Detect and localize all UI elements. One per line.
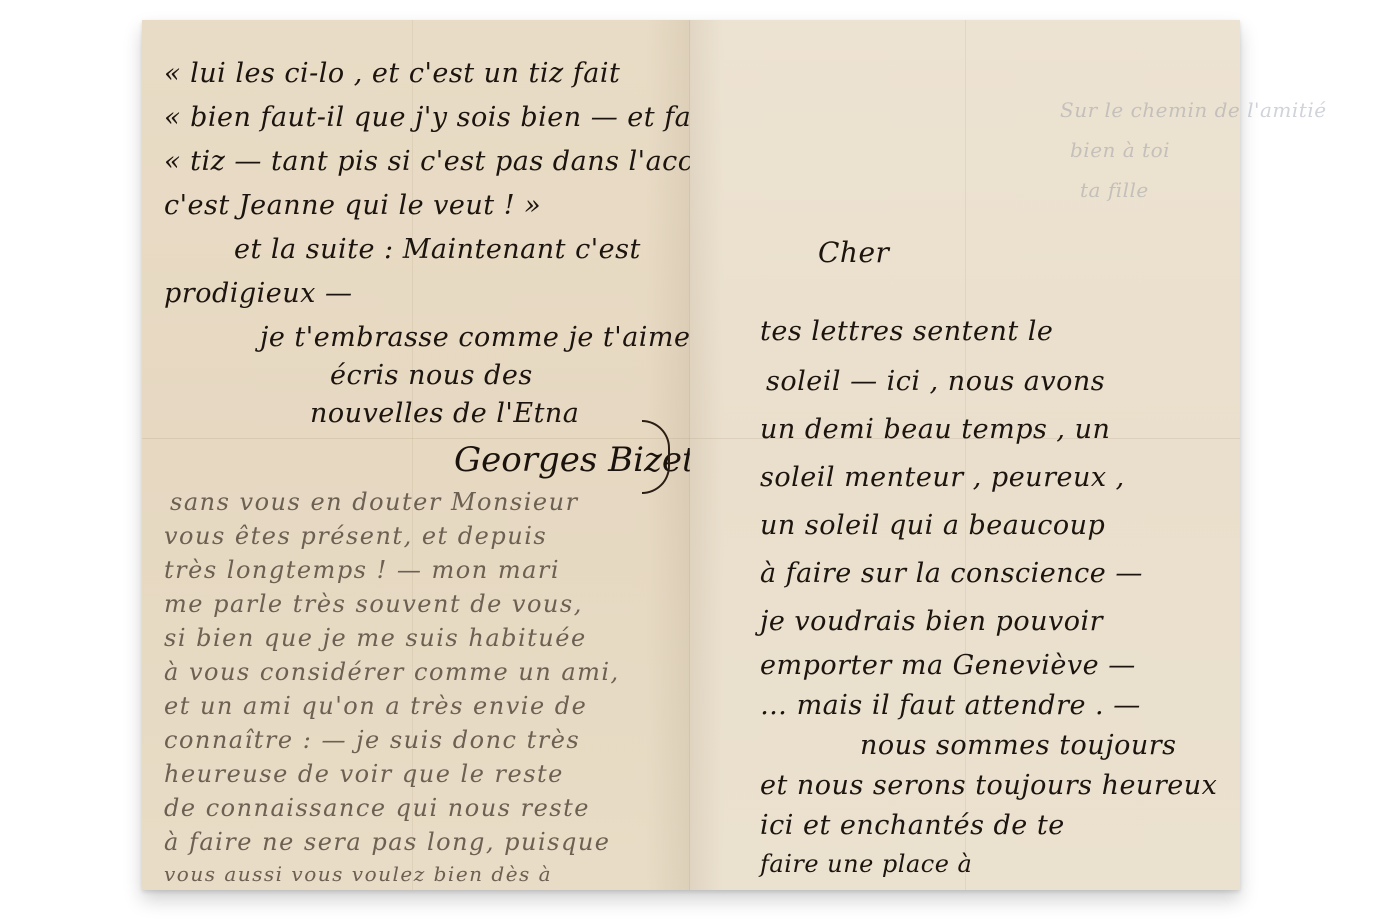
letter-line: c'est Jeanne qui le veut ! »: [164, 190, 541, 221]
letter-line: à faire sur la conscience —: [760, 558, 1143, 589]
left-page: « lui les ci-lo , et c'est un tiz fait «…: [142, 20, 690, 890]
letter-line: à vous considérer comme un ami,: [164, 658, 620, 686]
letter-line: vous êtes présent, et depuis: [164, 522, 547, 550]
letter-line: un demi beau temps , un: [760, 414, 1110, 445]
salutation: Cher: [818, 236, 889, 269]
right-page: Sur le chemin de l'amitié bien à toi ta …: [690, 20, 1240, 890]
letter-line: écris nous des: [330, 360, 533, 391]
letter-line: sans vous en douter Monsieur: [170, 488, 579, 516]
signature-flourish: [642, 420, 670, 494]
letter-line: si bien que je me suis habituée: [164, 624, 587, 652]
letter-line: tes lettres sentent le: [760, 316, 1053, 347]
photo-stage: « lui les ci-lo , et c'est un tiz fait «…: [0, 0, 1382, 922]
letter-line: vous aussi vous voulez bien dès à: [164, 862, 552, 886]
letter-line: nouvelles de l'Etna: [310, 398, 579, 429]
letter-line: « tiz — tant pis si c'est pas dans l'acc…: [164, 146, 750, 177]
letter-line: emporter ma Geneviève —: [760, 650, 1136, 681]
bleed-through-text: Sur le chemin de l'amitié: [1060, 98, 1327, 122]
letter-line: prodigieux —: [164, 278, 352, 309]
letter-line: de connaissance qui nous reste: [164, 794, 590, 822]
letter-line: me parle très souvent de vous,: [164, 590, 583, 618]
letter-line: faire une place à: [760, 850, 972, 878]
letter-line: un soleil qui a beaucoup: [760, 510, 1105, 541]
letter-line: je voudrais bien pouvoir: [760, 606, 1103, 637]
letter-line: ici et enchantés de te: [760, 810, 1065, 841]
letter-bifolium: « lui les ci-lo , et c'est un tiz fait «…: [142, 20, 1240, 890]
letter-line: … mais il faut attendre . —: [760, 690, 1141, 721]
letter-line: et nous serons toujours heureux: [760, 770, 1217, 801]
letter-line: et un ami qu'on a très envie de: [164, 692, 587, 720]
letter-line: « lui les ci-lo , et c'est un tiz fait: [164, 58, 620, 89]
letter-line: connaître : — je suis donc très: [164, 726, 580, 754]
letter-line: « bien faut-il que j'y sois bien — et fa…: [164, 102, 755, 133]
letter-line: à faire ne sera pas long, puisque: [164, 828, 610, 856]
letter-line: heureuse de voir que le reste: [164, 760, 564, 788]
letter-line: soleil menteur , peureux ,: [760, 462, 1125, 493]
letter-line: et la suite : Maintenant c'est: [234, 234, 641, 265]
letter-line: très longtemps ! — mon mari: [164, 556, 560, 584]
letter-line: nous sommes toujours: [860, 730, 1176, 761]
letter-line: je t'embrasse comme je t'aime: [260, 322, 691, 353]
paper-crease: [142, 438, 690, 439]
letter-line: soleil — ici , nous avons: [766, 366, 1105, 397]
bleed-through-text: bien à toi: [1070, 138, 1170, 162]
bleed-through-text: ta fille: [1080, 178, 1149, 202]
